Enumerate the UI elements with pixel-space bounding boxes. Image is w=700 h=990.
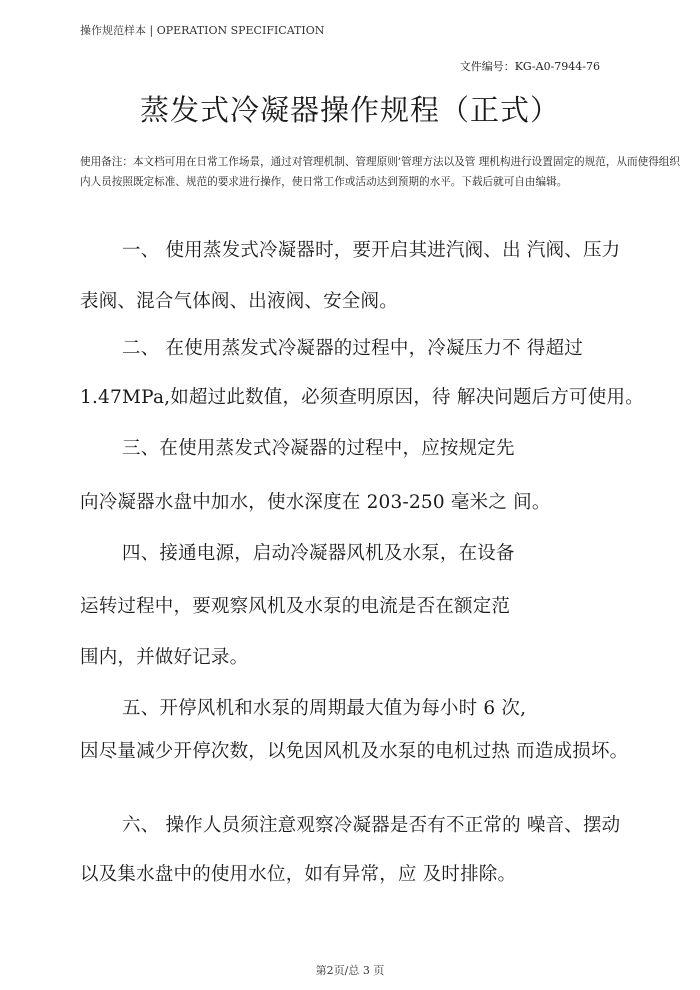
- body-line: 四、接通电源，启动冷凝器风机及水泵，在设备: [122, 539, 515, 565]
- body-line: 一、 使用蒸发式冷凝器时，要开启其进汽阀、出 汽阀、压力: [122, 236, 620, 262]
- usage-note: 使用备注：本文档可用在日常工作场景，通过对管理机制、管理原则’管理方法以及管 理…: [80, 152, 680, 192]
- body-line: 三、在使用蒸发式冷凝器的过程中，应按规定先: [122, 434, 515, 460]
- page-indicator: 第2页/总 3 页: [0, 962, 700, 978]
- body-line: 五、开停风机和水泵的周期最大值为每小时 6 次,: [122, 694, 526, 720]
- body-line: 向冷凝器水盘中加水，使水深度在 203-250 毫米之 间。: [80, 488, 551, 514]
- document-header: 操作规范样本 | OPERATION SPECIFICATION: [80, 22, 324, 38]
- document-number: 文件编号：KG-A0-7944-76: [460, 58, 600, 74]
- body-line: 1.47MPa,如超过此数值，必须查明原因，待 解决问题后方可使用。: [80, 383, 644, 409]
- body-line: 因尽量减少开停次数，以免因风机及水泵的电机过热 而造成损坏。: [80, 737, 628, 763]
- body-line: 表阀、混合气体阀、出液阀、安全阀。: [80, 287, 398, 313]
- body-line: 六、 操作人员须注意观察冷凝器是否有不正常的 噪音、摆动: [122, 811, 620, 837]
- body-line: 二、 在使用蒸发式冷凝器的过程中，冷凝压力不 得超过: [122, 334, 583, 360]
- body-line: 以及集水盘中的使用水位，如有异常，应 及时排除。: [80, 860, 516, 886]
- document-title: 蒸发式冷凝器操作规程（正式）: [0, 88, 700, 129]
- body-line: 运转过程中，要观察风机及水泵的电流是否在额定范: [80, 592, 510, 618]
- body-line: 围内，并做好记录。: [80, 643, 248, 669]
